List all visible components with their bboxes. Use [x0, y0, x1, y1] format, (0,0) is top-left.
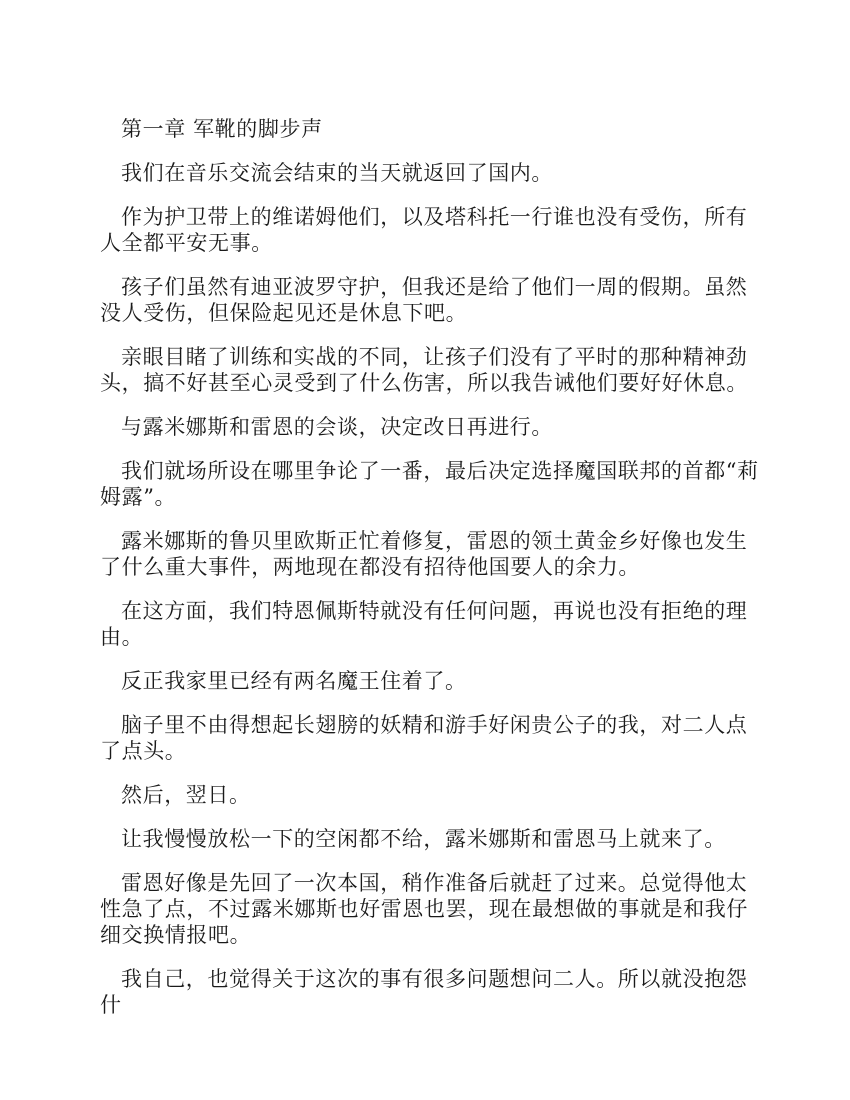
paragraph: 我自己，也觉得关于这次的事有很多问题想问二人。所以就没抱怨什	[100, 966, 768, 1018]
paragraph: 我们在音乐交流会结束的当天就返回了国内。	[100, 160, 768, 186]
paragraph: 我们就场所设在哪里争论了一番，最后决定选择魔国联邦的首都“莉姆露”。	[100, 458, 768, 510]
paragraph: 让我慢慢放松一下的空闲都不给，露米娜斯和雷恩马上就来了。	[100, 826, 768, 852]
paragraph: 反正我家里已经有两名魔王住着了。	[100, 668, 768, 694]
paragraph: 脑子里不由得想起长翅膀的妖精和游手好闲贵公子的我，对二人点了点头。	[100, 712, 768, 764]
chapter-title: 第一章 军靴的脚步声	[100, 116, 768, 142]
paragraph: 与露米娜斯和雷恩的会谈，决定改日再进行。	[100, 414, 768, 440]
paragraph: 露米娜斯的鲁贝里欧斯正忙着修复，雷恩的领土黄金乡好像也发生了什么重大事件，两地现…	[100, 528, 768, 580]
paragraph: 作为护卫带上的维诺姆他们，以及塔科托一行谁也没有受伤，所有人全都平安无事。	[100, 204, 768, 256]
paragraph: 雷恩好像是先回了一次本国，稍作准备后就赶了过来。总觉得他太性急了点，不过露米娜斯…	[100, 870, 768, 948]
paragraph: 在这方面，我们特恩佩斯特就没有任何问题，再说也没有拒绝的理由。	[100, 598, 768, 650]
paragraph: 亲眼目睹了训练和实战的不同，让孩子们没有了平时的那种精神劲头，搞不好甚至心灵受到…	[100, 344, 768, 396]
document-page: 第一章 军靴的脚步声 我们在音乐交流会结束的当天就返回了国内。 作为护卫带上的维…	[100, 116, 768, 1036]
paragraph: 孩子们虽然有迪亚波罗守护，但我还是给了他们一周的假期。虽然没人受伤，但保险起见还…	[100, 274, 768, 326]
paragraph: 然后，翌日。	[100, 782, 768, 808]
